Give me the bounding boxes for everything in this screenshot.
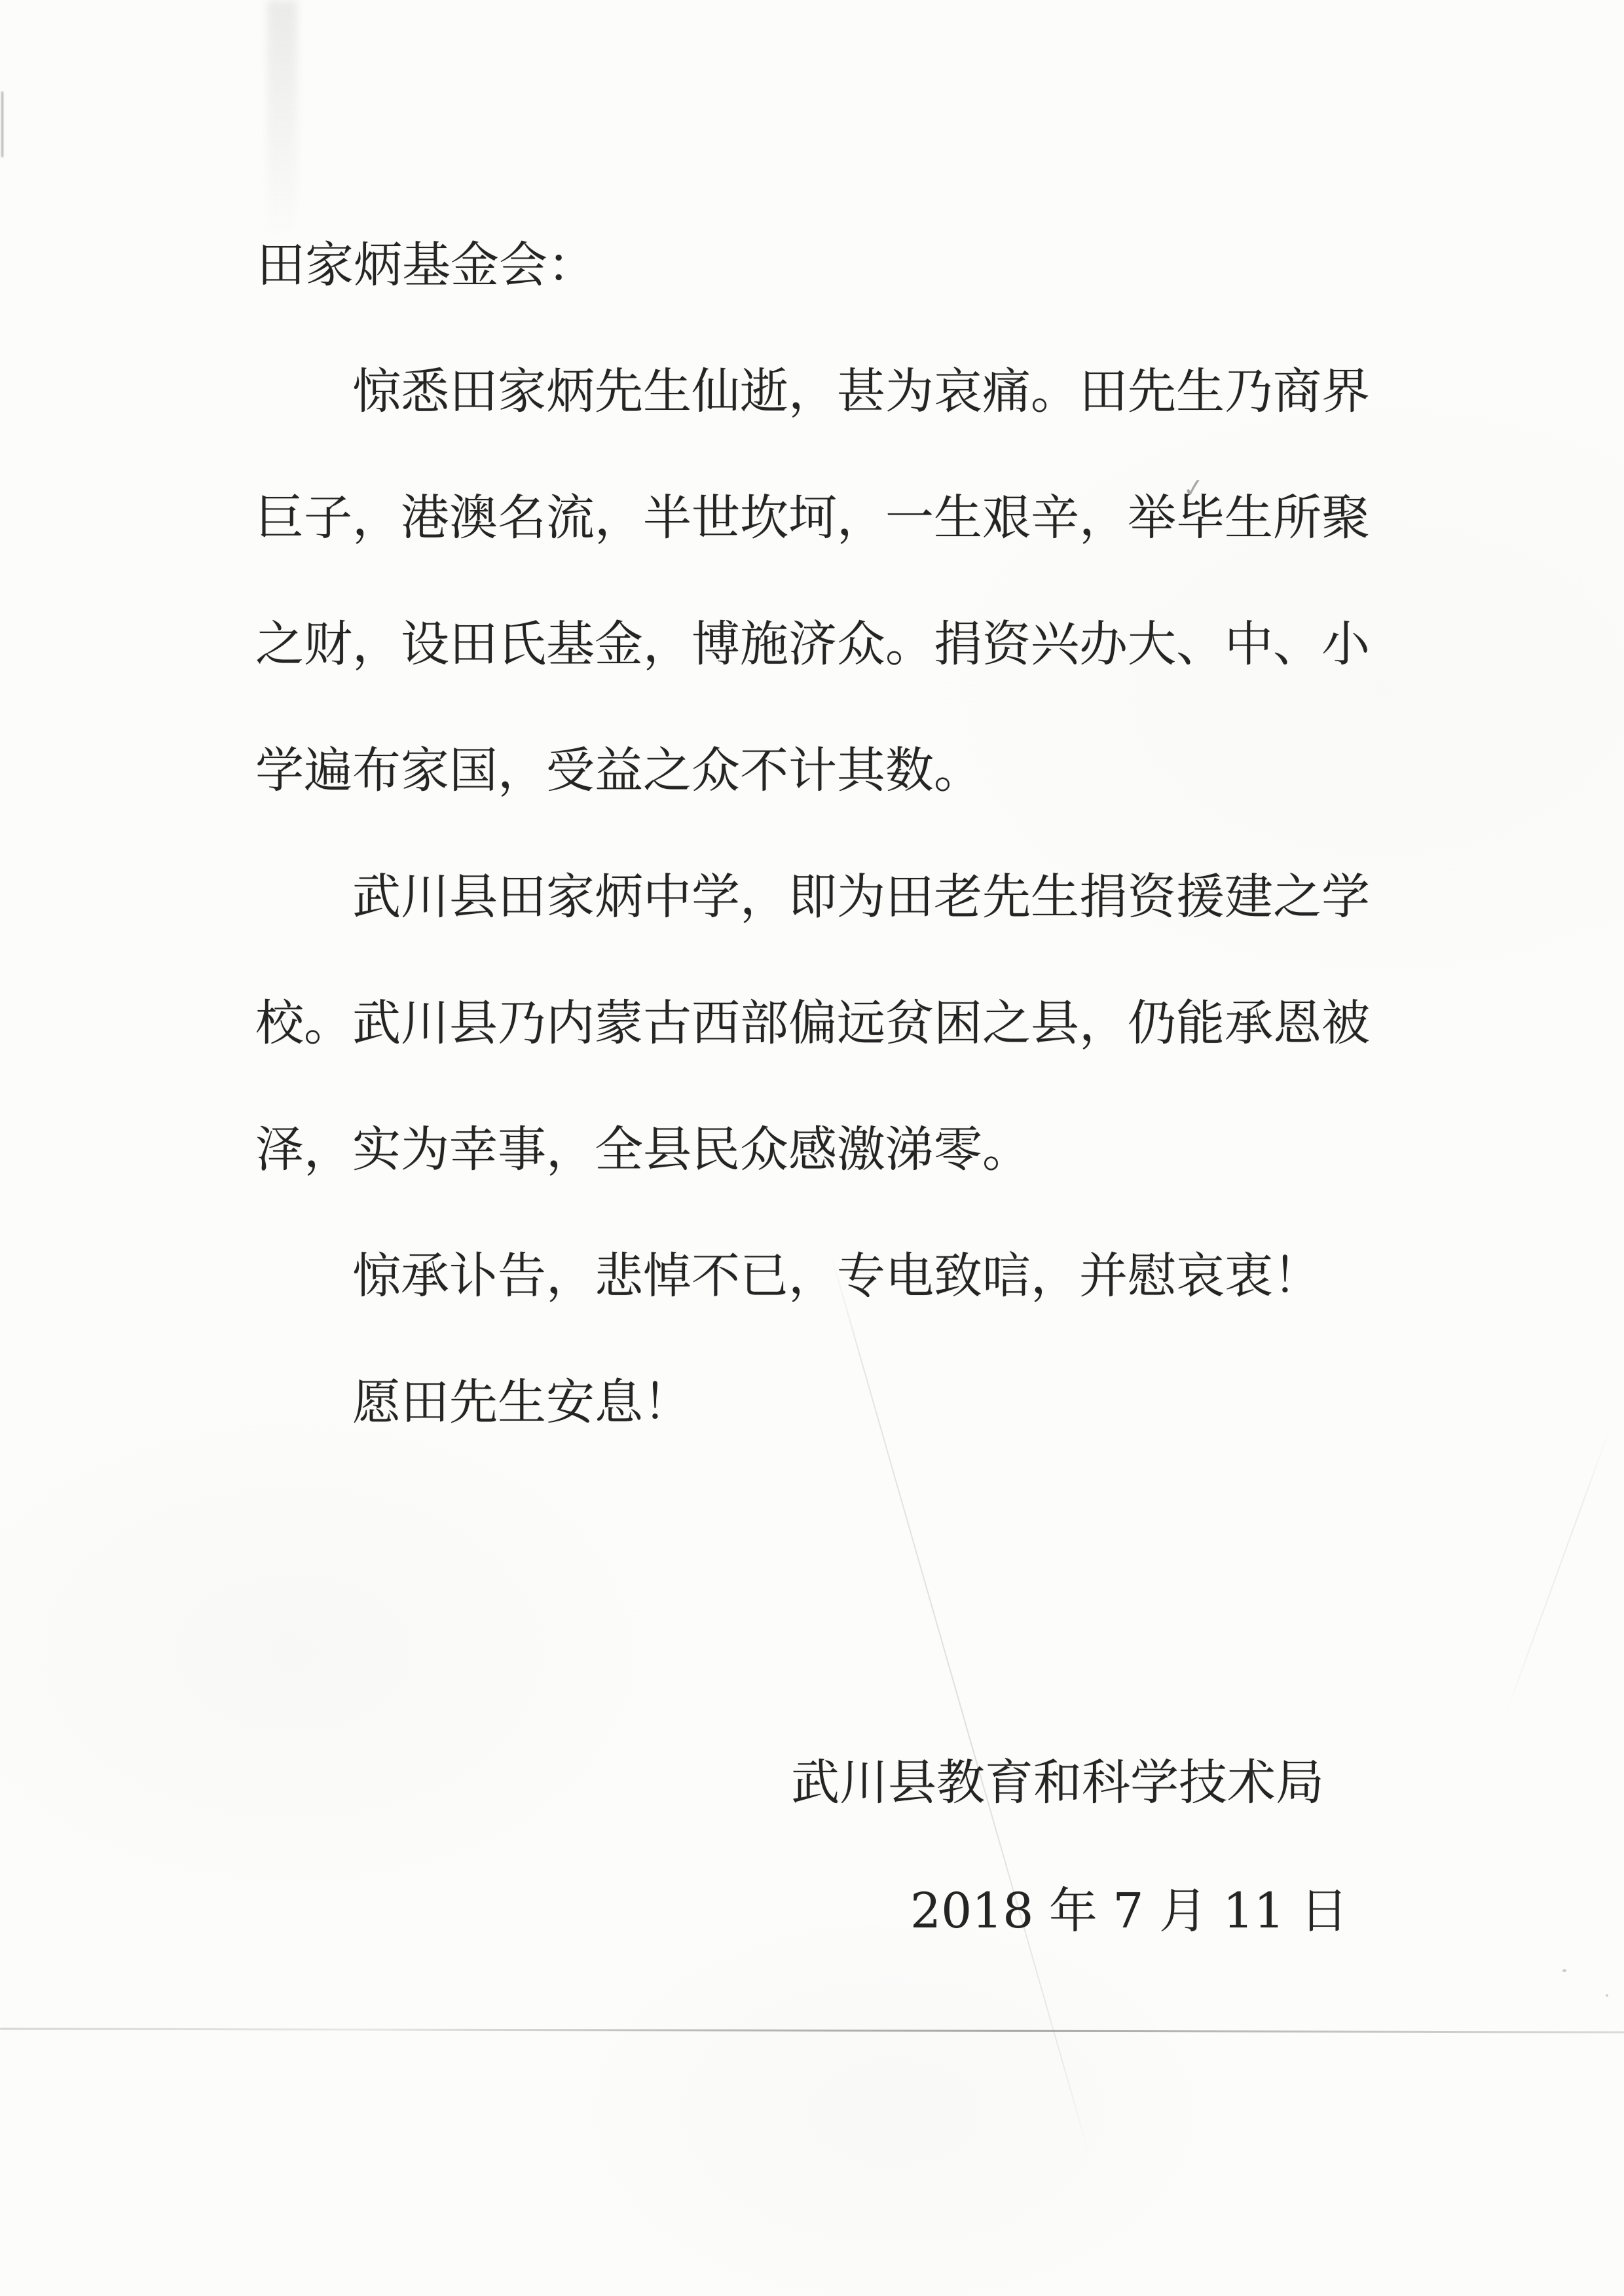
scan-speck — [1562, 1969, 1566, 1972]
scan-edge-mark — [1, 92, 3, 157]
letter-page: ✓ 田家炳基金会： 惊悉田家炳先生仙逝，甚为哀痛。田先生乃商界 巨子，港澳名流，… — [0, 0, 1624, 2296]
body-line: 泽，实为幸事，全县民众感激涕零。 — [255, 1125, 1031, 1174]
date-line: 2018 年 7 月 11 日 — [910, 1887, 1348, 1935]
scan-streak — [267, 0, 297, 242]
body-line: 巨子，港澳名流，半世坎坷，一生艰辛，举毕生所聚 — [255, 494, 1370, 542]
salutation-line: 田家炳基金会： — [257, 241, 596, 289]
scan-speck — [1606, 1994, 1608, 1997]
body-line: 武川县田家炳中学，即为田老先生捐资援建之学 — [352, 873, 1370, 921]
body-line: 惊承讣告，悲悼不已，专电致唁，并慰哀衷！ — [352, 1252, 1321, 1300]
fold-crease-horizontal — [0, 2028, 1624, 2033]
paper-crease-diagonal — [828, 1246, 1091, 2159]
body-line: 校。武川县乃内蒙古西部偏远贫困之县，仍能承恩被 — [255, 999, 1370, 1048]
body-line: 愿田先生安息！ — [352, 1378, 692, 1427]
body-line: 惊悉田家炳先生仙逝，甚为哀痛。田先生乃商界 — [352, 367, 1370, 416]
body-line: 学遍布家国，受益之众不计其数。 — [255, 746, 982, 795]
paper-crease-right — [1505, 1427, 1612, 1716]
signature-line: 武川县教育和科学技术局 — [791, 1758, 1324, 1807]
body-line: 之财，设田氏基金，博施济众。捐资兴办大、中、小 — [255, 620, 1370, 668]
